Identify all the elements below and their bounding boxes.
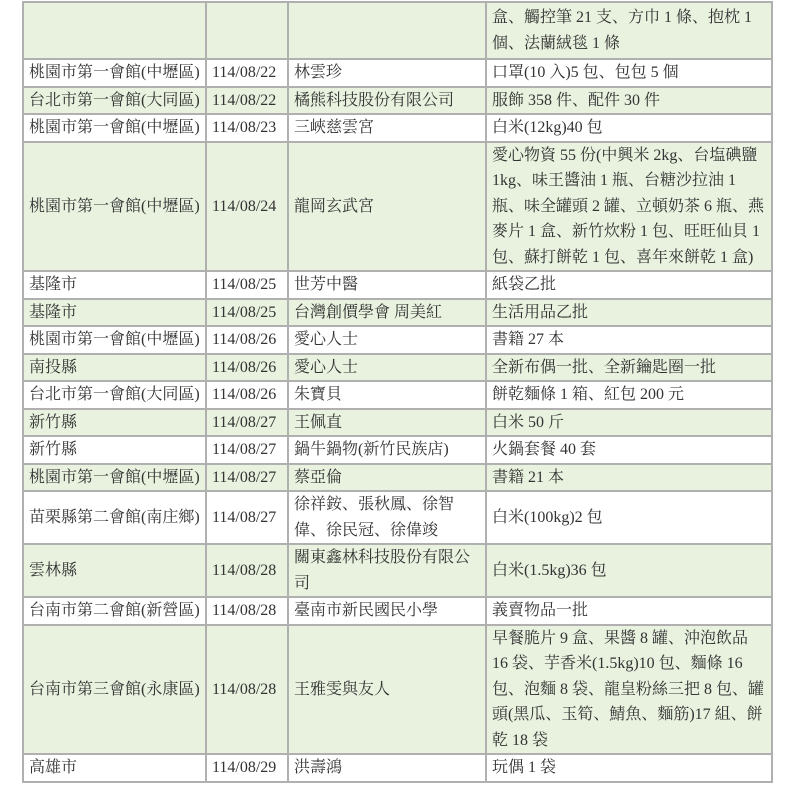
cell-date: 114/08/27	[206, 436, 288, 464]
cell-date: 114/08/28	[206, 544, 288, 597]
cell-items: 愛心物資 55 份(中興米 2kg、台塩碘鹽1kg、味王醬油 1 瓶、台糖沙拉油…	[486, 142, 772, 272]
table-row: 台南市第三會館(永康區)114/08/28王雅雯與友人早餐脆片 9 盒、果醬 8…	[23, 625, 772, 755]
cell-donor: 三峽慈雲宮	[288, 114, 486, 142]
cell-donor: 洪壽鴻	[288, 754, 486, 782]
table-row: 基隆市114/08/25台灣創價學會 周美紅生活用品乙批	[23, 299, 772, 327]
cell-items: 盒、觸控筆 21 支、方巾 1 條、抱枕 1 個、法蘭絨毯 1 條	[486, 2, 772, 59]
cell-donor: 愛心人士	[288, 326, 486, 354]
cell-items: 早餐脆片 9 盒、果醬 8 罐、沖泡飲品 16 袋、芋香米(1.5kg)10 包…	[486, 625, 772, 755]
table-row: 南投縣114/08/26愛心人士全新布偶一批、全新鑰匙圈一批	[23, 354, 772, 382]
cell-donor: 龍岡玄武宮	[288, 142, 486, 272]
donation-table-body: 盒、觸控筆 21 支、方巾 1 條、抱枕 1 個、法蘭絨毯 1 條桃園市第一會館…	[23, 2, 772, 782]
table-row: 台北市第一會館(大同區)114/08/22橘熊科技股份有限公司服飾 358 件、…	[23, 87, 772, 115]
cell-donor	[288, 2, 486, 59]
cell-donor: 橘熊科技股份有限公司	[288, 87, 486, 115]
cell-items: 全新布偶一批、全新鑰匙圈一批	[486, 354, 772, 382]
cell-date: 114/08/23	[206, 114, 288, 142]
cell-donor: 王雅雯與友人	[288, 625, 486, 755]
cell-location: 苗栗縣第二會館(南庄鄉)	[23, 491, 206, 544]
table-row: 桃園市第一會館(中壢區)114/08/22林雲珍口罩(10 入)5 包、包包 5…	[23, 59, 772, 87]
cell-date: 114/08/27	[206, 491, 288, 544]
cell-date: 114/08/26	[206, 326, 288, 354]
cell-date: 114/08/29	[206, 754, 288, 782]
cell-items: 餅乾麵條 1 箱、紅包 200 元	[486, 381, 772, 409]
cell-date	[206, 2, 288, 59]
cell-location	[23, 2, 206, 59]
cell-items: 生活用品乙批	[486, 299, 772, 327]
cell-items: 白米(12kg)40 包	[486, 114, 772, 142]
cell-date: 114/08/28	[206, 597, 288, 625]
cell-date: 114/08/22	[206, 59, 288, 87]
cell-date: 114/08/24	[206, 142, 288, 272]
table-row: 桃園市第一會館(中壢區)114/08/27蔡亞倫書籍 21 本	[23, 464, 772, 492]
cell-date: 114/08/27	[206, 464, 288, 492]
cell-donor: 鍋牛鍋物(新竹民族店)	[288, 436, 486, 464]
table-row: 高雄市114/08/29洪壽鴻玩偶 1 袋	[23, 754, 772, 782]
table-row: 台南市第二會館(新營區)114/08/28臺南市新民國民小學義賣物品一批	[23, 597, 772, 625]
cell-items: 服飾 358 件、配件 30 件	[486, 87, 772, 115]
table-row: 雲林縣114/08/28關東鑫林科技股份有限公司白米(1.5kg)36 包	[23, 544, 772, 597]
cell-donor: 林雲珍	[288, 59, 486, 87]
cell-location: 桃園市第一會館(中壢區)	[23, 114, 206, 142]
cell-location: 雲林縣	[23, 544, 206, 597]
cell-donor: 王佩直	[288, 409, 486, 437]
cell-location: 桃園市第一會館(中壢區)	[23, 59, 206, 87]
cell-location: 高雄市	[23, 754, 206, 782]
cell-location: 桃園市第一會館(中壢區)	[23, 326, 206, 354]
cell-location: 桃園市第一會館(中壢區)	[23, 464, 206, 492]
table-row: 基隆市114/08/25世芳中醫紙袋乙批	[23, 271, 772, 299]
cell-donor: 愛心人士	[288, 354, 486, 382]
cell-location: 南投縣	[23, 354, 206, 382]
cell-donor: 台灣創價學會 周美紅	[288, 299, 486, 327]
cell-donor: 世芳中醫	[288, 271, 486, 299]
cell-donor: 徐祥銨、張秋鳳、徐智偉、徐民冠、徐偉竣	[288, 491, 486, 544]
table-row: 苗栗縣第二會館(南庄鄉)114/08/27徐祥銨、張秋鳳、徐智偉、徐民冠、徐偉竣…	[23, 491, 772, 544]
cell-date: 114/08/28	[206, 625, 288, 755]
cell-items: 白米 50 斤	[486, 409, 772, 437]
cell-donor: 蔡亞倫	[288, 464, 486, 492]
table-row: 台北市第一會館(大同區)114/08/26朱寶貝餅乾麵條 1 箱、紅包 200 …	[23, 381, 772, 409]
cell-location: 台南市第三會館(永康區)	[23, 625, 206, 755]
cell-items: 白米(100kg)2 包	[486, 491, 772, 544]
donation-table: 盒、觸控筆 21 支、方巾 1 條、抱枕 1 個、法蘭絨毯 1 條桃園市第一會館…	[22, 1, 773, 783]
cell-date: 114/08/25	[206, 299, 288, 327]
cell-location: 台北市第一會館(大同區)	[23, 87, 206, 115]
cell-items: 書籍 21 本	[486, 464, 772, 492]
cell-items: 白米(1.5kg)36 包	[486, 544, 772, 597]
cell-location: 台南市第二會館(新營區)	[23, 597, 206, 625]
table-row: 桃園市第一會館(中壢區)114/08/23三峽慈雲宮白米(12kg)40 包	[23, 114, 772, 142]
table-row: 新竹縣114/08/27鍋牛鍋物(新竹民族店)火鍋套餐 40 套	[23, 436, 772, 464]
cell-items: 口罩(10 入)5 包、包包 5 個	[486, 59, 772, 87]
table-row: 桃園市第一會館(中壢區)114/08/24龍岡玄武宮愛心物資 55 份(中興米 …	[23, 142, 772, 272]
cell-location: 新竹縣	[23, 436, 206, 464]
table-row: 桃園市第一會館(中壢區)114/08/26愛心人士書籍 27 本	[23, 326, 772, 354]
cell-location: 基隆市	[23, 271, 206, 299]
cell-location: 台北市第一會館(大同區)	[23, 381, 206, 409]
cell-items: 紙袋乙批	[486, 271, 772, 299]
cell-donor: 朱寶貝	[288, 381, 486, 409]
cell-location: 基隆市	[23, 299, 206, 327]
cell-donor: 臺南市新民國民小學	[288, 597, 486, 625]
cell-date: 114/08/27	[206, 409, 288, 437]
cell-items: 玩偶 1 袋	[486, 754, 772, 782]
cell-date: 114/08/22	[206, 87, 288, 115]
cell-date: 114/08/25	[206, 271, 288, 299]
cell-location: 新竹縣	[23, 409, 206, 437]
table-row: 盒、觸控筆 21 支、方巾 1 條、抱枕 1 個、法蘭絨毯 1 條	[23, 2, 772, 59]
cell-date: 114/08/26	[206, 354, 288, 382]
cell-items: 義賣物品一批	[486, 597, 772, 625]
cell-items: 火鍋套餐 40 套	[486, 436, 772, 464]
cell-donor: 關東鑫林科技股份有限公司	[288, 544, 486, 597]
cell-items: 書籍 27 本	[486, 326, 772, 354]
cell-date: 114/08/26	[206, 381, 288, 409]
donation-records-page: 盒、觸控筆 21 支、方巾 1 條、抱枕 1 個、法蘭絨毯 1 條桃園市第一會館…	[0, 0, 794, 795]
table-row: 新竹縣114/08/27王佩直白米 50 斤	[23, 409, 772, 437]
cell-location: 桃園市第一會館(中壢區)	[23, 142, 206, 272]
